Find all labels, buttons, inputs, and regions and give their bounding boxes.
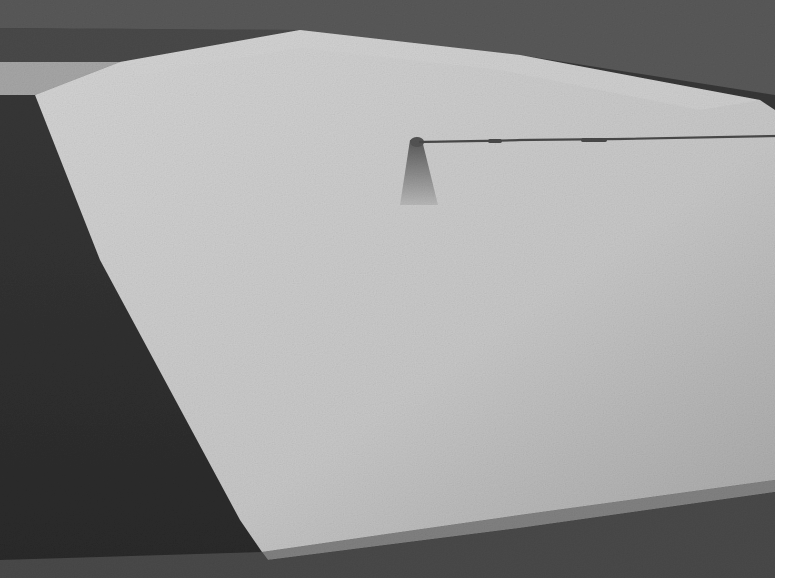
wing-photograph: Black-and-white halftone photograph of a… xyxy=(0,0,785,578)
page-margin xyxy=(775,0,785,578)
